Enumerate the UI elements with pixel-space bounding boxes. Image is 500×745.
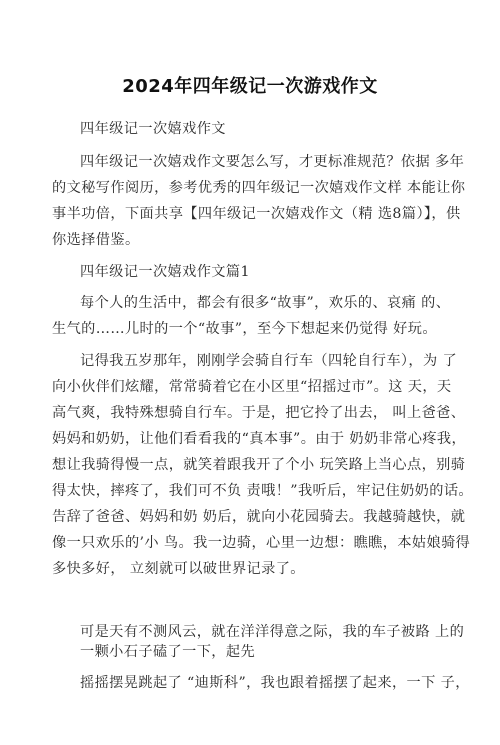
paragraph-line: 生气的……儿时的一个“故事”，至今下想起来仍觉得 好玩。 (52, 318, 457, 338)
paragraph-line: 像一只欢乐的’小 鸟。我一边骑，心里一边想：瞧瞧，本姑娘骑得 (52, 532, 457, 552)
paragraph-line: 告辞了爸爸、妈妈和奶 奶后，就向小花园骑去。我越骑越快，就 (52, 506, 457, 526)
paragraph-line: 得太快，摔疼了，我们可不负 责哦！”我听后，牢记住奶奶的话。 (52, 480, 457, 500)
paragraph-line: 一颗小石子磕了一下，起先 (80, 641, 457, 661)
paragraph-line: 想让我骑得慢一点，就笑着跟我开了个小 玩笑路上当心点，别骑 (52, 454, 457, 474)
paragraph-line: 的文秘写作阅历，参考优秀的四年级记一次嬉戏作文样 本能让你 (52, 177, 457, 197)
paragraph-line: 妈妈和奶奶，让他们看看我的“真本事”。由于 奶奶非常心疼我， (52, 428, 457, 448)
paragraph-line: 记得我五岁那年，刚刚学会骑自行车（四轮自行车），为 了 (80, 350, 457, 370)
paragraph-line: 事半功倍，下面共享【四年级记一次嬉戏作文（精 选8篇）】，供 (52, 203, 457, 223)
section-heading: 四年级记一次嬉戏作文篇1 (80, 261, 457, 281)
paragraph-line: 可是天有不测风云，就在洋洋得意之际，我的车子被路 上的 (80, 621, 457, 641)
document-title: 2024年四年级记一次游戏作文 (0, 72, 500, 98)
paragraph-line: 你选择借鉴。 (52, 229, 457, 249)
paragraph-line: 四年级记一次嬉戏作文要怎么写，才更标准规范？依据 多年 (80, 151, 457, 171)
paragraph-line: 向小伙伴们炫耀，常常骑着它在小区里“招摇过市”。这 天，天 (52, 376, 457, 396)
paragraph-line: 多快多好， 立刻就可以破世界记录了。 (52, 558, 457, 578)
paragraph-line: 高气爽，我特殊想骑自行车。于是，把它拎了出去， 叫上爸爸、 (52, 402, 457, 422)
paragraph-line: 摇摇摆晃跳起了 “迪斯科”，我也跟着摇摆了起来，一下 子， (80, 672, 457, 692)
paragraph-line: 每个人的生活中，都会有很多“故事”，欢乐的、哀痛 的、 (80, 292, 457, 312)
subtitle: 四年级记一次嬉戏作文 (80, 118, 457, 138)
